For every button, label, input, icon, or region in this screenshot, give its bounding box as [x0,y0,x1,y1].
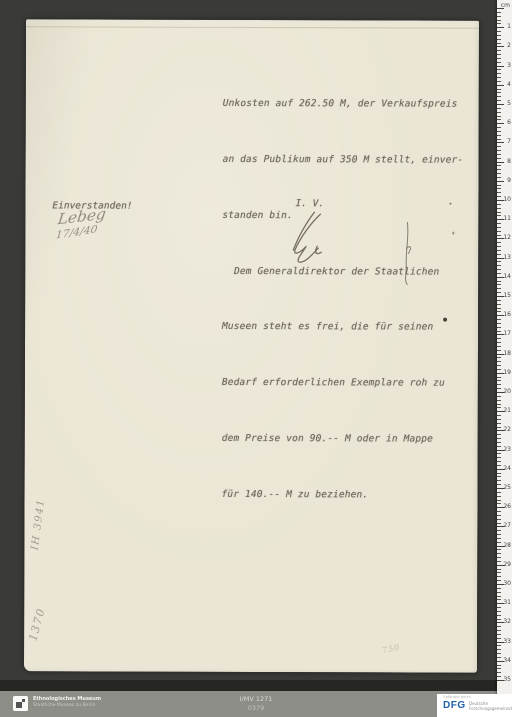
ruler-tick-minor [497,150,501,151]
typed-paragraph: Unkosten auf 262.50 M, der Verkaufspreis… [221,58,463,542]
ruler-tick-minor [497,519,501,520]
ruler-tick-label: 34 [503,658,511,664]
ruler-tick-minor [497,96,501,97]
ruler-tick-minor [497,630,501,631]
ruler-tick-minor [497,369,501,370]
ruler-tick-minor [497,43,501,44]
ruler-tick-minor [497,235,501,236]
ruler-tick-minor [497,338,501,339]
ruler-tick-label: 9 [507,178,511,184]
ruler-tick-minor [497,196,501,197]
typed-line: standen bin. [222,207,463,226]
ruler-tick-minor [497,81,501,82]
ruler-tick-minor [497,131,501,132]
ruler-tick-minor [497,461,501,462]
ruler-tick-minor [497,346,501,347]
ruler-tick-minor [497,284,501,285]
ruler-tick-minor [497,361,501,362]
ruler-tick-major [497,8,504,9]
ruler-tick-minor [497,20,501,21]
ruler-tick-minor [497,215,501,216]
ruler-tick-minor [497,265,501,266]
ruler-tick-minor [497,619,501,620]
typed-line: Museen steht es frei, die für seinen [222,318,463,337]
page-number: 0379 [0,704,512,712]
ruler-tick-minor [497,116,501,117]
ruler-tick-label: 13 [503,255,511,261]
ruler-tick-minor [497,676,501,677]
ruler-tick-major [497,104,504,105]
ruler-tick-label: 31 [503,600,511,606]
ruler-tick-minor [497,108,501,109]
footer-shadow-strip [0,680,512,691]
ruler-tick-label: 12 [503,235,511,241]
ruler-tick-label: 8 [507,159,511,165]
ruler-tick-minor [497,350,501,351]
ruler-tick-minor [497,596,501,597]
ruler-tick-minor [497,208,501,209]
ruler-tick-minor [497,365,501,366]
ruler-tick-minor [497,419,501,420]
paper-speck [449,203,451,205]
sheet-edge-line [26,26,479,28]
ruler-tick-label: 25 [503,485,511,491]
ruler-tick-minor [497,496,501,497]
ruler-tick-minor [497,204,501,205]
ruler-tick-label: 33 [503,639,511,645]
ruler-tick-minor [497,288,501,289]
faint-pencil-mark: 750 [381,643,401,656]
typed-line: Unkosten auf 262.50 M, der Verkaufspreis [223,95,464,114]
typed-line: Dem Generaldirektor der Staatlichen [222,262,463,281]
ruler-tick-label: 30 [503,581,511,587]
ruler-tick-label: 29 [503,562,511,568]
ruler-tick-minor [497,89,501,90]
ruler-tick-minor [497,580,501,581]
paper-speck [452,232,454,235]
ruler-tick-label: 7 [507,139,511,145]
ruler-tick-minor [497,377,501,378]
ruler-tick-minor [497,69,501,70]
ruler-tick-minor [497,135,501,136]
ruler-tick-minor [497,434,501,435]
ruler-tick-major [497,66,504,67]
ruler-tick-label: 3 [507,63,511,69]
ruler-tick-minor [497,119,501,120]
ruler-tick-minor [497,530,501,531]
ruler-tick-minor [497,177,501,178]
ruler-tick-minor [497,212,501,213]
ruler-tick-minor [497,511,501,512]
ruler-tick-minor [497,523,501,524]
ruler-tick-label: 1 [507,24,511,30]
ruler-tick-label: 18 [503,351,511,357]
ruler-tick-minor [497,16,501,17]
ruler-tick-minor [497,139,501,140]
ruler-tick-minor [497,465,501,466]
ruler-tick-minor [497,665,501,666]
ruler-tick-minor [497,12,501,13]
ruler-tick-label: 23 [503,447,511,453]
ruler-tick-minor [497,480,501,481]
ruler-tick-label: 20 [503,389,511,395]
ruler-tick-minor [497,453,501,454]
ruler-tick-label: 17 [503,331,511,337]
ruler-tick-label: 15 [503,293,511,299]
ruler-tick-minor [497,281,501,282]
ruler-tick-major [497,162,504,163]
ruler-tick-major [497,85,504,86]
ruler-tick-minor [497,311,501,312]
ruler-tick-label: 5 [507,101,511,107]
margin-note-upper: IH 3941 [30,498,47,551]
ruler-tick-minor [497,657,501,658]
ruler-tick-minor [497,446,501,447]
ruler-tick-minor [497,300,501,301]
ruler-tick-minor [497,649,501,650]
ruler-tick-minor [497,592,501,593]
ruler-tick-minor [497,500,501,501]
ruler-tick-minor [497,342,501,343]
ruler-tick-minor [497,572,501,573]
ruler-tick-minor [497,396,501,397]
ruler-tick-label: 2 [507,43,511,49]
ruler-tick-minor [497,58,501,59]
ruler-tick-label: 26 [503,504,511,510]
ruler-tick-minor [497,672,501,673]
ruler-tick-minor [497,404,501,405]
ruler-tick-label: 16 [503,312,511,318]
ruler-tick-minor [497,165,501,166]
ruler-tick-minor [497,415,501,416]
ruler: cm 1234567891011121314151617181920212223… [497,0,512,696]
ruler-tick-minor [497,188,501,189]
typed-line: Bedarf erforderlichen Exemplare roh zu [222,374,463,393]
ruler-tick-minor [497,423,501,424]
ruler-tick-minor [497,357,501,358]
margin-note-lower: 1370 [26,606,47,642]
ruler-tick-minor [497,538,501,539]
dfg-logo: Gefördert durch DFG Deutsche Forschungsg… [437,694,512,717]
ruler-tick-minor [497,169,501,170]
ruler-tick-minor [497,39,501,40]
ruler-tick-minor [497,557,501,558]
ruler-tick-minor [497,407,501,408]
ruler-tick-label: 28 [503,543,511,549]
ruler-tick-minor [497,553,501,554]
document-page: Unkosten auf 262.50 M, der Verkaufspreis… [24,19,479,672]
ruler-tick-minor [497,23,501,24]
ruler-tick-minor [497,146,501,147]
ruler-tick-label: 22 [503,427,511,433]
ruler-tick-major [497,46,504,47]
ruler-tick-major [497,142,504,143]
ruler-tick-minor [497,185,501,186]
ruler-tick-minor [497,292,501,293]
ruler-tick-minor [497,384,501,385]
ruler-tick-minor [497,549,501,550]
ruler-tick-minor [497,173,501,174]
scan-viewer: Unkosten auf 262.50 M, der Verkaufspreis… [0,0,512,717]
ruler-tick-major [497,123,504,124]
ruler-tick-minor [497,668,501,669]
ruler-tick-minor [497,92,501,93]
reference-block: I/MV 1271 0379 [0,695,512,712]
ruler-tick-major [497,181,504,182]
signature-scrawl-right [397,220,417,286]
ruler-tick-minor [497,269,501,270]
ruler-tick-minor [497,127,501,128]
ruler-tick-minor [497,457,501,458]
ruler-tick-minor [497,380,501,381]
ruler-tick-minor [497,442,501,443]
ruler-tick-minor [497,331,501,332]
dfg-full-name: Deutsche Forschungsgemeinschaft [469,702,511,711]
ruler-tick-minor [497,327,501,328]
footer-bar: Ethnologisches Museum Staatliche Museen … [0,691,512,717]
ruler-tick-minor [497,503,501,504]
ruler-tick-minor [497,304,501,305]
ruler-tick-minor [497,77,501,78]
ruler-tick-major [497,27,504,28]
ruler-tick-label: 21 [503,408,511,414]
ruler-tick-minor [497,561,501,562]
shelfmark: I/MV 1271 [0,695,512,704]
ruler-tick-minor [497,638,501,639]
ruler-tick-minor [497,542,501,543]
ruler-tick-minor [497,515,501,516]
signature-scrawl-center [280,208,338,266]
ruler-tick-minor [497,231,501,232]
ruler-tick-label: 11 [503,216,511,222]
ruler-tick-minor [497,62,501,63]
ruler-tick-minor [497,634,501,635]
ruler-tick-label: 19 [503,370,511,376]
dfg-acronym: DFG [443,700,466,711]
ruler-tick-minor [497,400,501,401]
ruler-tick-minor [497,273,501,274]
ruler-tick-minor [497,100,501,101]
ruler-tick-minor [497,645,501,646]
ruler-tick-minor [497,242,501,243]
ruler-tick-minor [497,112,501,113]
ruler-tick-minor [497,319,501,320]
ruler-tick-minor [497,438,501,439]
ruler-tick-minor [497,484,501,485]
ruler-tick-minor [497,611,501,612]
ruler-tick-label: 24 [503,466,511,472]
ruler-tick-minor [497,223,501,224]
ruler-tick-minor [497,73,501,74]
typed-line: dem Preise von 90.-- M oder in Mappe [222,430,463,449]
ruler-tick-label: 4 [507,82,511,88]
paper-speck [443,318,447,322]
ruler-tick-minor [497,261,501,262]
typed-line: an das Publikum auf 350 M stellt, einver… [223,151,464,170]
funding-note: Gefördert durch [443,695,471,699]
ruler-tick-label: 6 [507,120,511,126]
ruler-tick-minor [497,158,501,159]
ruler-tick-minor [497,653,501,654]
ruler-tick-label: 14 [503,274,511,280]
ruler-tick-minor [497,308,501,309]
ruler-tick-minor [497,476,501,477]
ruler-tick-minor [497,473,501,474]
ruler-tick-minor [497,192,501,193]
ruler-tick-minor [497,323,501,324]
ruler-tick-minor [497,626,501,627]
typed-line: für 140.-- M zu beziehen. [222,486,463,505]
ruler-tick-minor [497,492,501,493]
ruler-tick-minor [497,250,501,251]
ruler-tick-minor [497,54,501,55]
ruler-tick-minor [497,154,501,155]
ruler-tick-minor [497,588,501,589]
ruler-tick-minor [497,50,501,51]
ruler-tick-label: 10 [503,197,511,203]
ruler-tick-label: 32 [503,619,511,625]
ruler-tick-minor [497,427,501,428]
ruler-tick-minor [497,615,501,616]
ruler-tick-minor [497,31,501,32]
ruler-tick-minor [497,599,501,600]
ruler-tick-label: 35 [503,677,511,683]
ruler-tick-minor [497,576,501,577]
ruler-tick-minor [497,388,501,389]
ruler-tick-minor [497,569,501,570]
ruler-tick-minor [497,35,501,36]
ruler-tick-minor [497,227,501,228]
ruler-tick-label: 27 [503,523,511,529]
ruler-tick-minor [497,607,501,608]
ruler-tick-minor [497,254,501,255]
ruler-tick-minor [497,246,501,247]
ruler-tick-minor [497,534,501,535]
